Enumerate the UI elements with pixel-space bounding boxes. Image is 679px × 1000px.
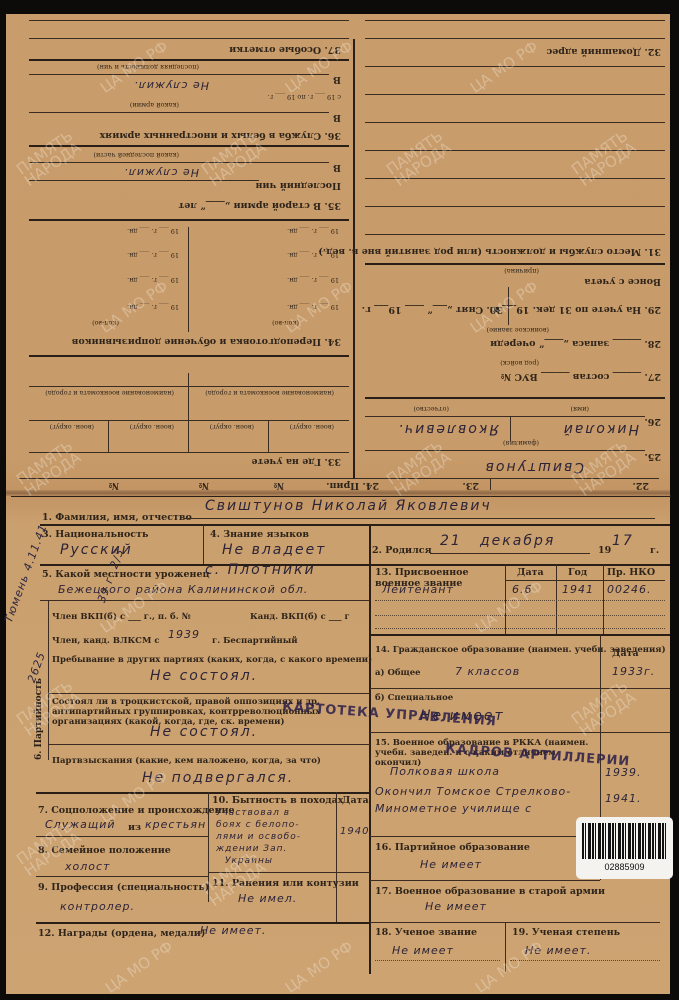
academic-degree-value: Не имеет. <box>525 944 591 957</box>
dotted-line <box>375 600 665 601</box>
field-line <box>29 20 349 21</box>
training-row: 19 ___ г. ___ дн. <box>127 303 179 311</box>
field-2-label: 2. Родился <box>372 545 432 556</box>
field-31-label: 31. Место службы и должность (или род за… <box>318 246 661 257</box>
field-1-label: 1. Фамилия, имя, отчество <box>42 512 192 523</box>
field-line <box>29 74 329 75</box>
languages-value: Не владеет <box>222 542 326 558</box>
divider <box>556 564 557 634</box>
patronymic-value: Яковлевич. <box>396 421 499 437</box>
dotted-line <box>375 960 500 961</box>
field-4-label: 4. Знание языков <box>210 529 309 540</box>
field-line <box>185 518 655 519</box>
surname-value: Свиштунов <box>484 459 584 475</box>
card-back-side-inverted: 22. 23. 24. Прип. № № № 25. Свиштунов (ф… <box>0 0 679 497</box>
field-29-label: 29. На учете по 31 дек. 19___ г. <box>490 304 661 315</box>
caption: (отчество) <box>413 405 449 413</box>
caption: (воинское звание) <box>487 326 549 334</box>
divider <box>505 580 665 581</box>
divider <box>508 287 509 325</box>
non-party-label: г. Беспартийный <box>212 636 298 646</box>
caption: (имя) <box>570 405 589 413</box>
party-education-value: Не имеет <box>420 858 482 871</box>
divider <box>36 792 370 794</box>
divider <box>40 600 370 601</box>
komsomol-year-value: 1939 <box>168 628 200 641</box>
caption: (фамилия) <box>503 439 539 447</box>
caption: (причина) <box>504 267 539 275</box>
field-11-label: 11. Ранения или контузии <box>212 878 359 889</box>
divider <box>188 373 189 453</box>
rank-value: Лейтенант <box>382 583 454 596</box>
divider <box>36 836 208 837</box>
divider <box>108 421 109 453</box>
removed-label: Вонсе с учета <box>584 276 661 287</box>
komsomol-label: Член, канд. ВЛКСМ с <box>52 636 160 646</box>
caption: (кол-во) <box>92 319 119 327</box>
rank-year-value: 1941 <box>562 583 594 596</box>
military-education-line1: Полковая школа <box>390 765 500 778</box>
old-army-education-value: Не имеет <box>425 900 487 913</box>
military-education-date2: 1941. <box>605 792 642 805</box>
archive-barcode-label: 02885909 <box>576 817 673 879</box>
caption: (воен. округ) <box>290 423 334 431</box>
opposition-value: Не состоял. <box>150 724 258 740</box>
center-column-divider <box>369 524 371 974</box>
divider <box>29 59 349 61</box>
first-name-value: Николай <box>562 421 639 437</box>
field-line <box>29 112 329 113</box>
caption: (род войск) <box>500 359 539 367</box>
divider <box>370 688 670 689</box>
campaign-value-line1: Участвовал в <box>216 808 290 818</box>
rank-date-header: Дата <box>517 567 544 578</box>
field-line <box>430 553 590 554</box>
campaign-date-value: 1940 <box>340 826 369 837</box>
divider <box>29 145 349 147</box>
caption: (наименование военкомата и города) <box>205 389 334 397</box>
divider <box>48 744 370 745</box>
in-label: В <box>333 162 341 173</box>
barcode-icon <box>582 823 667 859</box>
field-17-label: 17. Военное образование в старой армии <box>375 886 605 897</box>
field-line <box>365 206 665 207</box>
field-line <box>29 386 349 387</box>
birth-month-value: декабря <box>480 533 555 549</box>
field-line <box>365 450 645 451</box>
vkpb-candidate-label: Канд. ВКП(б) с ___ г <box>250 612 350 622</box>
field-8-label: 8. Семейное положение <box>38 845 171 856</box>
field-line <box>29 38 349 39</box>
field-12-label: 12. Награды (ордена, медали) <box>38 928 205 939</box>
social-status-value: Служащий <box>45 818 116 831</box>
divider <box>365 397 665 399</box>
field-28-label: 28. ______ запаса „____“ очереди <box>490 338 661 349</box>
field-line <box>29 162 329 163</box>
divider <box>510 417 511 441</box>
old-army-value: Не служил. <box>123 166 199 179</box>
rank-order-value: 00246. <box>607 583 652 596</box>
divider <box>40 524 670 526</box>
divider <box>505 564 506 634</box>
general-education-date: 1933г. <box>612 665 655 678</box>
field-27-label: 27. ______ состав ______ ВУС № <box>501 371 661 382</box>
caption: (какой последней части) <box>93 151 179 159</box>
profession-value: контролер. <box>60 900 135 913</box>
field-line <box>365 94 665 95</box>
birth-year-value: 17 <box>612 533 634 549</box>
field-19-label: 19. Ученая степень <box>512 927 620 938</box>
field-line <box>29 452 349 453</box>
year-unit: г. <box>650 545 659 556</box>
field-16-label: 16. Партийное образование <box>375 842 530 853</box>
divider <box>188 227 189 332</box>
divider <box>48 600 49 760</box>
field-line <box>365 38 665 39</box>
field-line <box>365 66 665 67</box>
other-parties-value: Не состоял. <box>150 668 258 684</box>
divider <box>365 263 665 265</box>
vkpb-member-label: Член ВКП(б) с ___ г., п. б. № <box>52 612 191 622</box>
in-label: В <box>333 112 341 123</box>
field-line <box>365 20 665 21</box>
divider <box>48 693 370 694</box>
last-rank-label: Последний чин <box>256 180 341 191</box>
military-education-line3: Минометное училище с <box>375 802 532 815</box>
training-row: 19 ___ г. ___ дн. <box>287 303 339 311</box>
caption: (наименование военкомата и города) <box>45 389 174 397</box>
campaign-value-line3: лями и освобо- <box>216 832 301 842</box>
divider <box>203 524 204 564</box>
general-education-label: а) Общее <box>375 668 421 678</box>
general-education-value: 7 классов <box>455 665 520 678</box>
service-period: с 19 ___ г. по 19 ___ г. <box>268 93 341 101</box>
divider <box>370 634 670 636</box>
field-line <box>29 180 259 181</box>
field-5-label: 5. Какой местности уроженец <box>42 569 210 580</box>
center-column-divider <box>353 39 355 479</box>
field-3-label: 3. Национальность <box>42 529 148 540</box>
caption: (воен. округ) <box>130 423 174 431</box>
full-name-value: Свиштунов Николай Яковлевич <box>205 498 492 514</box>
divider <box>29 355 349 357</box>
divider <box>336 792 337 922</box>
training-row: 19 ___ г. ___ дн. <box>127 227 179 235</box>
campaign-value-line4: ждении Зап. <box>216 844 287 854</box>
divider <box>505 922 506 972</box>
field-line <box>365 416 645 417</box>
training-row: 19 ___ г. ___ дн. <box>287 251 339 259</box>
social-origin-value: крестьян <box>145 818 206 831</box>
from-label: из <box>128 822 141 833</box>
divider <box>36 876 208 877</box>
awards-value: Не имеет. <box>200 924 266 937</box>
rank-year-header: Год <box>568 567 587 578</box>
academic-title-value: Не имеет <box>392 944 454 957</box>
field-line <box>365 178 665 179</box>
campaign-value-line5: Украины <box>225 856 273 866</box>
rank-order-header: Пр. НКО <box>607 567 655 578</box>
caption: (воен. округ) <box>50 423 94 431</box>
training-row: 19 ___ г. ___ дн. <box>287 227 339 235</box>
divider <box>19 478 659 479</box>
field-10-label: 10. Бытность в походах <box>212 795 343 806</box>
divider <box>370 836 600 837</box>
military-education-line2: Окончил Томское Стрелково- <box>375 785 571 798</box>
divider <box>370 732 670 733</box>
barcode-number: 02885909 <box>576 862 673 872</box>
dotted-line <box>375 628 665 629</box>
field-7-label: 7. Соцположение и происхождение <box>38 805 235 816</box>
training-row: 19 ___ г. ___ дн. <box>127 276 179 284</box>
divider <box>370 880 600 881</box>
field-line <box>365 122 665 123</box>
field-26-label: 26. <box>644 416 661 427</box>
campaign-value-line2: боях с белопо- <box>216 820 299 830</box>
birth-day-value: 21 <box>440 533 462 549</box>
caption: (последняя должность и чин) <box>97 63 199 71</box>
education-date-header: Дата <box>612 648 639 659</box>
dotted-line <box>510 960 660 961</box>
divider <box>370 922 660 923</box>
rank-date-value: 6.6 <box>512 583 533 596</box>
family-status-value: холост <box>65 860 110 873</box>
in-label: В <box>333 74 341 85</box>
divider <box>208 872 370 873</box>
birth-year-prefix: 19 <box>598 545 611 556</box>
field-30-label: 30. Снят „___“ ____ 19___ г. <box>362 304 503 315</box>
birthplace-value-line1: с. Плотники <box>205 562 316 578</box>
other-parties-label: Пребывание в других партиях (каких, когд… <box>52 655 372 665</box>
penalties-value: Не подвергался. <box>142 770 294 786</box>
divider <box>603 564 604 634</box>
birthplace-value-line2: Бежецкого района Калининской обл. <box>58 583 308 596</box>
caption: (какой армии) <box>130 101 179 109</box>
field-9-label: 9. Профессия (специальность) <box>38 882 209 893</box>
caption: (воен. округ) <box>210 423 254 431</box>
divider <box>40 564 670 566</box>
divider <box>29 219 349 221</box>
field-34-label: 34. Переподготовка и обучение допризывни… <box>72 336 341 347</box>
campaign-date-header: Дата <box>342 795 369 806</box>
penalties-label: Партвзыскания (какие, кем наложено, когд… <box>52 756 321 766</box>
field-line <box>29 420 349 421</box>
field-37-label: 37. Особые отметки <box>229 44 341 55</box>
caption: (кол-во) <box>272 319 299 327</box>
field-line <box>365 234 665 235</box>
field-18-label: 18. Ученое звание <box>375 927 477 938</box>
divider <box>268 421 269 453</box>
wounds-value: Не имел. <box>238 892 297 905</box>
training-row: 19 ___ г. ___ дн. <box>127 251 179 259</box>
white-army-value: Не служил. <box>133 79 209 92</box>
field-33-label: 33. Где на учете <box>251 456 341 467</box>
paper-fold <box>6 490 670 496</box>
dotted-line <box>375 615 665 616</box>
field-35-label: 35. В старой армии „____“ лет <box>178 200 341 211</box>
field-36-label: 36. Служба в белых и иностранных армиях <box>100 130 341 141</box>
special-education-label: б) Специальное <box>375 693 453 703</box>
field-32-label: 32. Домашний адрес <box>546 46 661 57</box>
field-6-section-label: 6. Партийность <box>34 678 44 760</box>
training-row: 19 ___ г. ___ дн. <box>287 276 339 284</box>
field-25-label: 25. <box>644 451 661 462</box>
field-line <box>365 150 665 151</box>
